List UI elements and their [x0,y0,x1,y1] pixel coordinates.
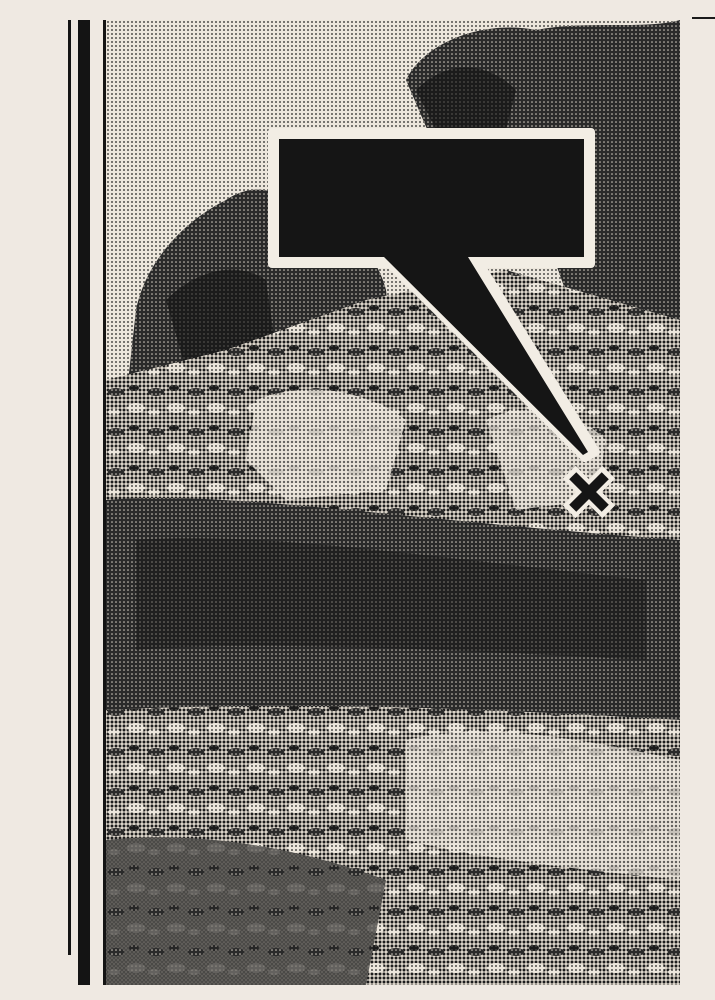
callout-box [276,136,588,260]
x-mark-icon [558,462,620,522]
left-thin-rule [68,20,71,955]
corner-crop-mark [692,17,715,19]
left-thick-rule [78,20,90,985]
